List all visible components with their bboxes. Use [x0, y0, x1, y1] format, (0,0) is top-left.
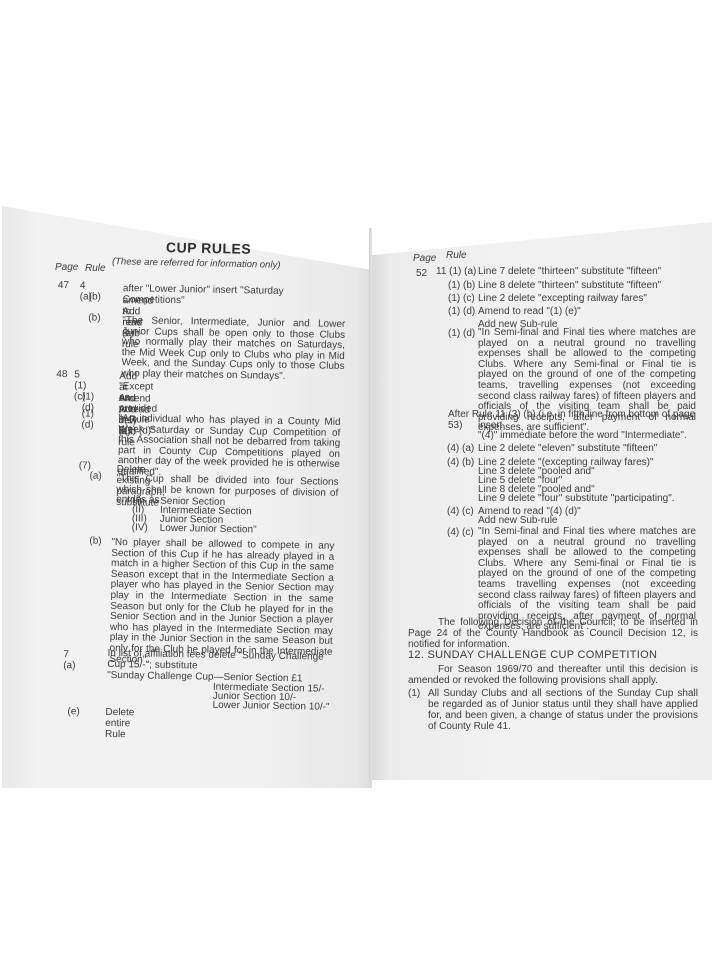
entry-line: Add new Sub-rule [478, 515, 558, 526]
entry-rule: 7 (a) [63, 649, 76, 671]
entry-page-number: 47 [58, 280, 69, 291]
entry-rule: (4) (b) [447, 457, 474, 468]
decision-intro: The following Decision of the Council, t… [408, 617, 698, 650]
entry-page-number: 52 [416, 268, 427, 279]
decision-paragraph: For Season 1969/70 and thereafter until … [408, 664, 698, 686]
decision-item-number: (1) [408, 688, 420, 699]
entry-text: Line 7 delete "thirteen" substitute "fif… [478, 266, 661, 277]
entry-text: "The Senior, Intermediate, Junior and Lo… [121, 316, 345, 383]
column-header-page: Page [55, 262, 78, 273]
entry-page-number: 48 [56, 369, 67, 380]
entry-text: Amend to read "(1) (e)" [478, 306, 581, 317]
column-header-page: Page [413, 253, 436, 264]
entry-rule: (1) (d) [81, 408, 94, 430]
entry-rule: (4) (a) [447, 443, 474, 454]
entry-text: after "Lower Junior" insert "Saturday Co… [123, 283, 348, 309]
column-header-rule: Rule [85, 263, 106, 274]
booklet-spine [369, 228, 372, 780]
section-num: (IV) [132, 522, 148, 533]
entry-rule: (1) (b) [448, 280, 475, 291]
entry-text: Line 8 delete "thirteen" substitute "fif… [478, 280, 661, 291]
entry-line: "(4)" immediate before the word "Interme… [478, 430, 687, 441]
entry-rule: (a) [89, 471, 101, 482]
entry-text: Line 2 delete "excepting railway fares" [478, 293, 647, 304]
section-name: Lower Junior Section" [160, 523, 257, 536]
entry-rule: (1) (d) [448, 328, 475, 339]
decision-heading: 12. SUNDAY CHALLENGE CUP COMPETITION [408, 650, 657, 661]
entry-rule: 11 (1) (a) [436, 266, 476, 277]
entry-rule: (b) [88, 313, 100, 324]
entry-rule: (1) (c) [448, 293, 475, 304]
entry-text: Line 2 delete "eleven" substitute "fifte… [478, 443, 657, 454]
page-title: CUP RULES [166, 242, 251, 255]
decision-item-text: All Sunday Clubs and all sections of the… [428, 688, 698, 732]
fee-line: Lower Junior Section 10/-" [213, 700, 330, 713]
entry-rule: (b) [89, 292, 101, 303]
entry-rule: (4) (c) [447, 527, 474, 538]
entry-rule: (1) (d) [448, 306, 475, 317]
entry-line: Line 9 delete "four" substitute "partici… [478, 493, 675, 504]
entry-text: "This Cup shall be divided into four Sec… [116, 474, 339, 510]
column-header-rule: Rule [446, 250, 467, 261]
entry-text: Delete entire Rule [105, 707, 134, 740]
entry-rule: (4) (c) [447, 506, 474, 517]
entry-rule: (b) [89, 536, 101, 547]
entry-rule: (e) [67, 706, 79, 717]
